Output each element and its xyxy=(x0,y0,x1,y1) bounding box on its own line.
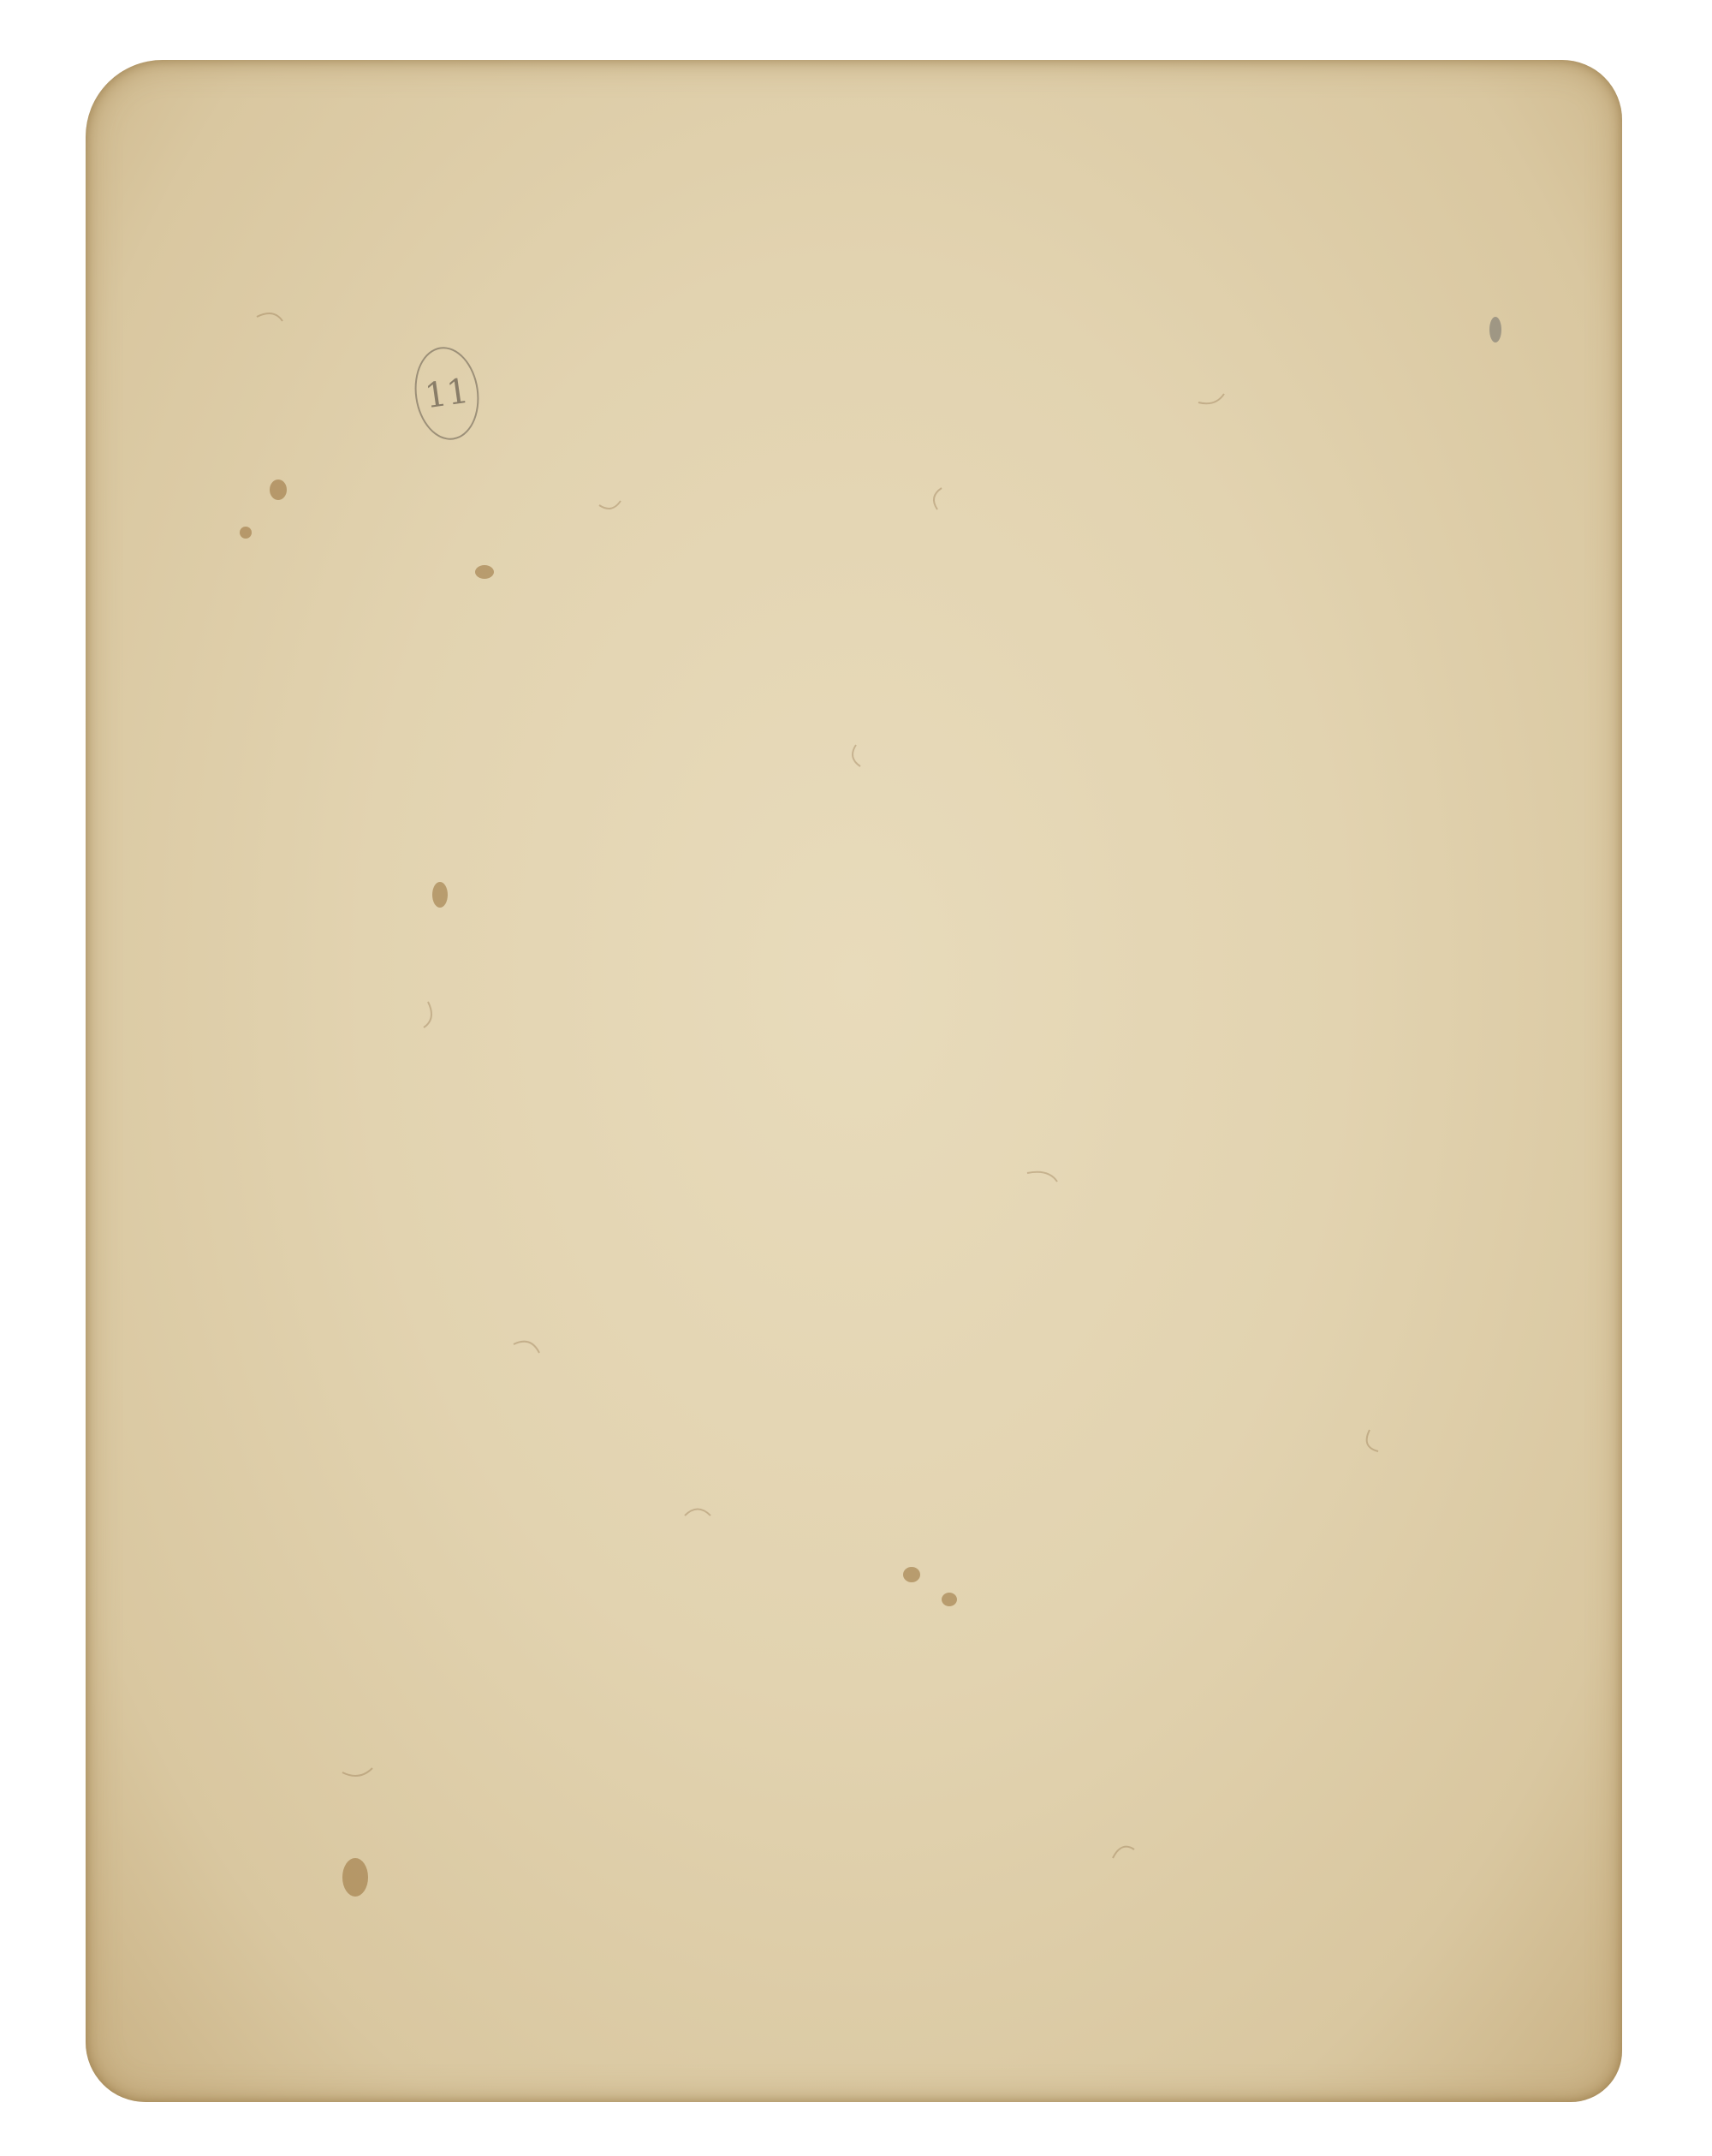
stain xyxy=(942,1593,957,1606)
stain xyxy=(475,565,494,579)
stain xyxy=(342,1858,368,1897)
stain xyxy=(240,527,252,539)
stain xyxy=(903,1567,920,1582)
stain xyxy=(432,882,448,908)
stain xyxy=(270,479,287,500)
paper-fibers xyxy=(86,60,1622,2102)
stain xyxy=(1489,317,1501,342)
paper-sheet: 11 xyxy=(86,60,1622,2102)
